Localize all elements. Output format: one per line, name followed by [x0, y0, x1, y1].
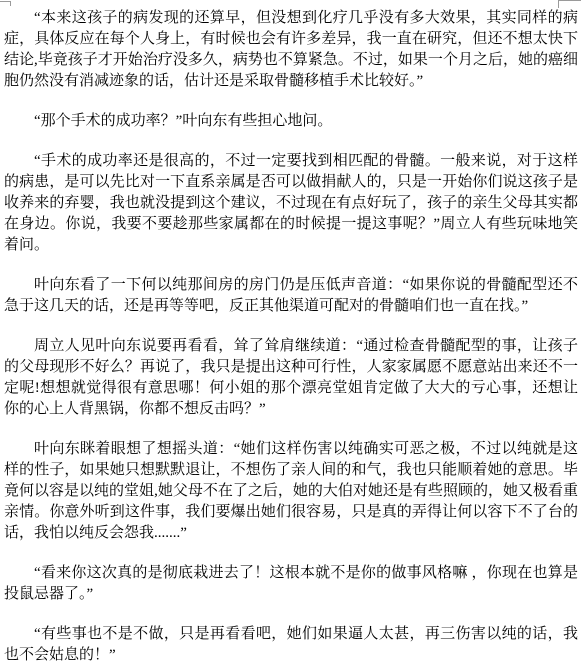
- paragraph: “手术的成功率还是很高的，不过一定要找到相匹配的骨髓。一般来说，对于这样的病患，…: [4, 151, 578, 256]
- paragraph: 周立人见叶向东说要再看看，耸了耸肩继续道：“通过检查骨髓配型的事，让孩子的父母现…: [4, 336, 578, 420]
- document-page: “本来这孩子的病发现的还算早，但没想到化疗几乎没有多大效果，其实同样的病症，具体…: [0, 0, 581, 665]
- paragraph: “有些事也不是不做，只是再看看吧，她们如果逼人太甚，再三伤害以纯的话，我也不会姑…: [4, 624, 578, 665]
- paragraph: “看来你这次真的是彻底栽进去了！这根本就不是你的做事风格嘛 ，你现在也算是投鼠忌…: [4, 563, 578, 605]
- paragraph: “那个手术的成功率？”叶向东有些担心地问。: [4, 111, 578, 132]
- text-boundary-mark-top-left: [0, 1, 11, 6]
- paragraph: 叶向东眯着眼想了想摇头道：“她们这样伤害以纯确实可恶之极，不过以纯就是这样的性子…: [4, 439, 578, 544]
- paragraph: 叶向东看了一下何以纯那间房的房门仍是压低声音道：“如果你说的骨髓配型还不急于这几…: [4, 275, 578, 317]
- paragraph: “本来这孩子的病发现的还算早，但没想到化疗几乎没有多大效果，其实同样的病症，具体…: [4, 8, 578, 92]
- text-boundary-mark-top-right: [558, 0, 581, 8]
